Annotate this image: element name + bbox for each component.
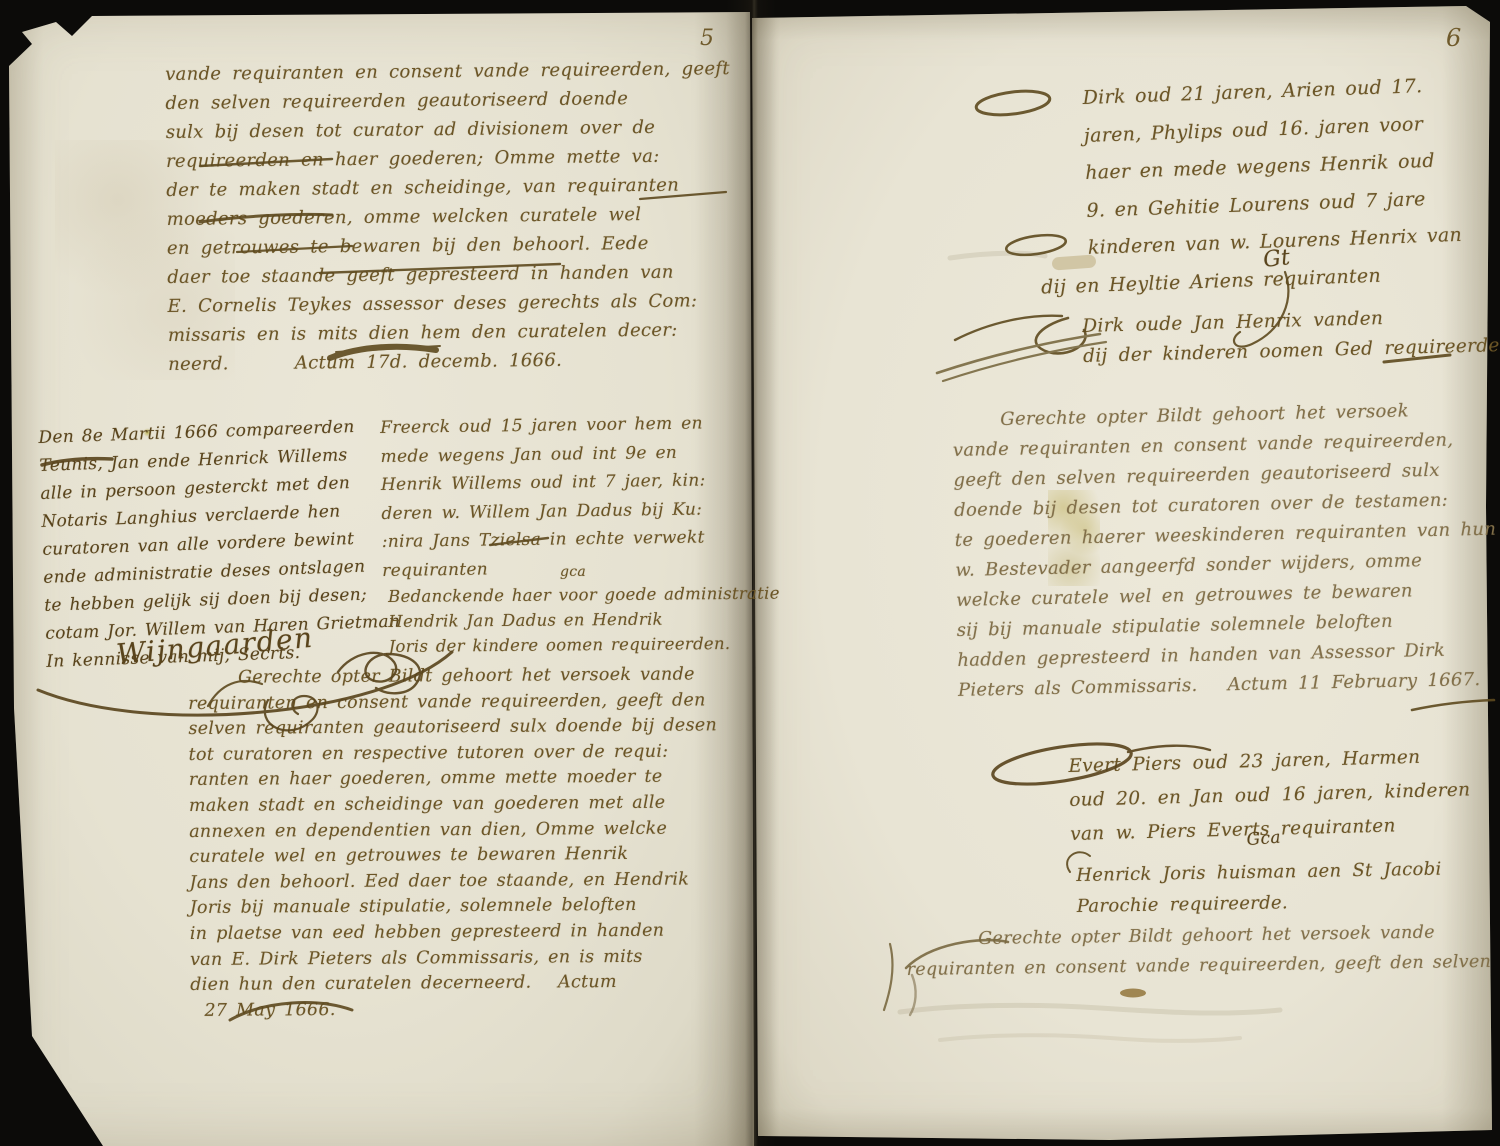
handwritten-line: Joris der kindere oomen requireerden. bbox=[388, 631, 780, 659]
gt-contra-mark: Gt bbox=[1262, 245, 1291, 273]
handwritten-line: ranten en haer goederen, omme mette moed… bbox=[189, 765, 718, 794]
handwritten-line: Freerck oud 15 jaren voor hem en bbox=[380, 409, 705, 442]
left-thanks-note-text: Bedanckende haer voor goede administrati… bbox=[388, 581, 780, 659]
handwritten-line: requiranten en consent vande requireerde… bbox=[188, 688, 717, 717]
handwritten-line: mede wegens Jan oud int 9e en bbox=[380, 438, 705, 471]
right-second-verdict-text: Gerechte opter Bildt gehoort het versoek… bbox=[978, 917, 1491, 984]
right-respondents-text: Dirk oude Jan Henrix vandendij der kinde… bbox=[1082, 301, 1500, 372]
handwritten-line: deren w. Willem Jan Dadus bij Ku: bbox=[381, 495, 706, 528]
handwritten-line: Bedanckende haer voor goede administrati… bbox=[388, 581, 780, 609]
handwritten-line: Parochie requireerde. bbox=[1077, 885, 1443, 922]
left-entry-conclusion-text: vande requiranten en consent vande requi… bbox=[165, 54, 733, 379]
page-number-right: 6 bbox=[1446, 24, 1461, 52]
handwritten-line: dien hun den curatelen decerneerd. Actum bbox=[190, 969, 719, 998]
right-court-verdict-text: Gerechte opter Bildt gehoort het versoek… bbox=[952, 395, 1500, 706]
handwritten-line: Jans den behoorl. Eed daer toe staande, … bbox=[189, 867, 718, 896]
handwritten-line: 27 May 1666. bbox=[204, 995, 719, 1024]
handwritten-line: der te maken stadt en scheidinge, van re… bbox=[166, 170, 731, 205]
handwritten-line: maken stadt en scheidinge van goederen m… bbox=[189, 790, 718, 819]
handwritten-line: Joris bij manuale stipulatie, solemnele … bbox=[190, 893, 719, 922]
handwritten-line: van E. Dirk Pieters als Commissaris, en … bbox=[190, 944, 719, 973]
handwritten-line: missaris en is mits dien hem den curatel… bbox=[168, 315, 733, 350]
right-second-respondents-text: Henrick Joris huisman aen St JacobiParoc… bbox=[1076, 854, 1442, 922]
handwritten-line: curatele wel en getrouwes te bewaren Hen… bbox=[189, 841, 718, 870]
superscript-gca-mark: gca bbox=[560, 564, 586, 580]
handwritten-line: vande requiranten en consent vande requi… bbox=[165, 54, 730, 89]
manuscript-photo: 5 6 vande requiranten en consent vande r… bbox=[0, 0, 1500, 1146]
handwritten-line: selven requiranten geautoriseerd sulx do… bbox=[188, 713, 717, 742]
handwritten-line: :nira Jans Tzielsa in echte verwekt bbox=[382, 523, 707, 556]
gca-contra-mark: Gca bbox=[1246, 828, 1281, 850]
left-court-verdict-text: Gerechte opter Bildt gehoort het versoek… bbox=[188, 662, 719, 1024]
handwritten-line: requiranten bbox=[382, 552, 707, 585]
handwritten-line: tot curatoren en respective tutoren over… bbox=[189, 739, 718, 768]
handwritten-line: annexen en dependentien van dien, Omme w… bbox=[189, 816, 718, 845]
page-number-left: 5 bbox=[700, 26, 714, 51]
handwritten-line: Gerechte opter Bildt gehoort het versoek… bbox=[238, 662, 717, 691]
left-petitioners-names-text: Freerck oud 15 jaren voor hem enmede weg… bbox=[380, 409, 707, 585]
handwritten-line: Henrick Joris huisman aen St Jacobi bbox=[1076, 854, 1442, 891]
handwritten-line: Henrik Willems oud int 7 jaer, kin: bbox=[381, 466, 706, 499]
handwritten-line: in plaetse van eed hebben gepresteerd in… bbox=[190, 918, 719, 947]
handwritten-line: neerd. Actum 17d. decemb. 1666. bbox=[168, 344, 733, 379]
handwritten-line: Hendrik Jan Dadus en Hendrik bbox=[388, 606, 780, 634]
